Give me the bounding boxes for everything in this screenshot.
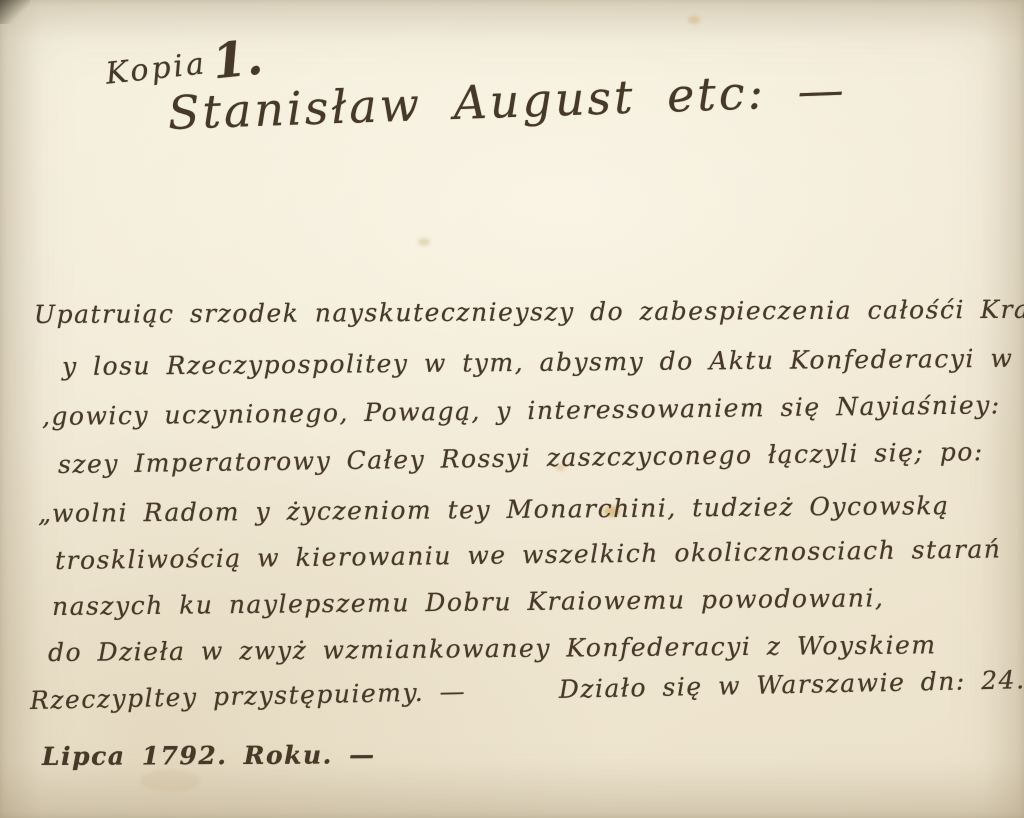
manuscript-line-3: ,gowicy uczynionego, Powagą, y interesso… [42,390,1001,431]
paper-stain [418,238,430,246]
paper-stain [140,770,200,792]
manuscript-page: Kopia1. Stanisław August etc: — Upatruią… [0,0,1024,818]
paper-stain [688,16,700,24]
manuscript-line-8: do Dzieła w zwyż wzmiankowaney Konfedera… [48,630,937,667]
manuscript-line-5: „wolni Radom y życzeniom tey Monarchini,… [38,491,950,528]
manuscript-line-10: Lipca 1792. Roku. — [42,740,376,771]
manuscript-line-1: Upatruiąc srzodek nayskutecznieyszy do z… [34,295,1024,329]
manuscript-line-9: Rzeczypltey przystępuiemy. — Działo się … [30,665,1024,715]
copy-annotation-number: 1. [210,29,266,90]
manuscript-line-7: naszych ku naylepszemu Dobru Kraiowemu p… [52,583,885,621]
scan-corner-shadow [0,0,30,24]
manuscript-line-2: y losu Rzeczypospolitey w tym, abysmy do… [62,343,1024,381]
manuscript-line-4: szey Imperatorowy Całey Rossyi zaszczyco… [58,437,984,479]
manuscript-line-6: troskliwością w kierowaniu we wszelkich … [55,534,1002,575]
document-title: Stanisław August etc: — [167,62,847,140]
